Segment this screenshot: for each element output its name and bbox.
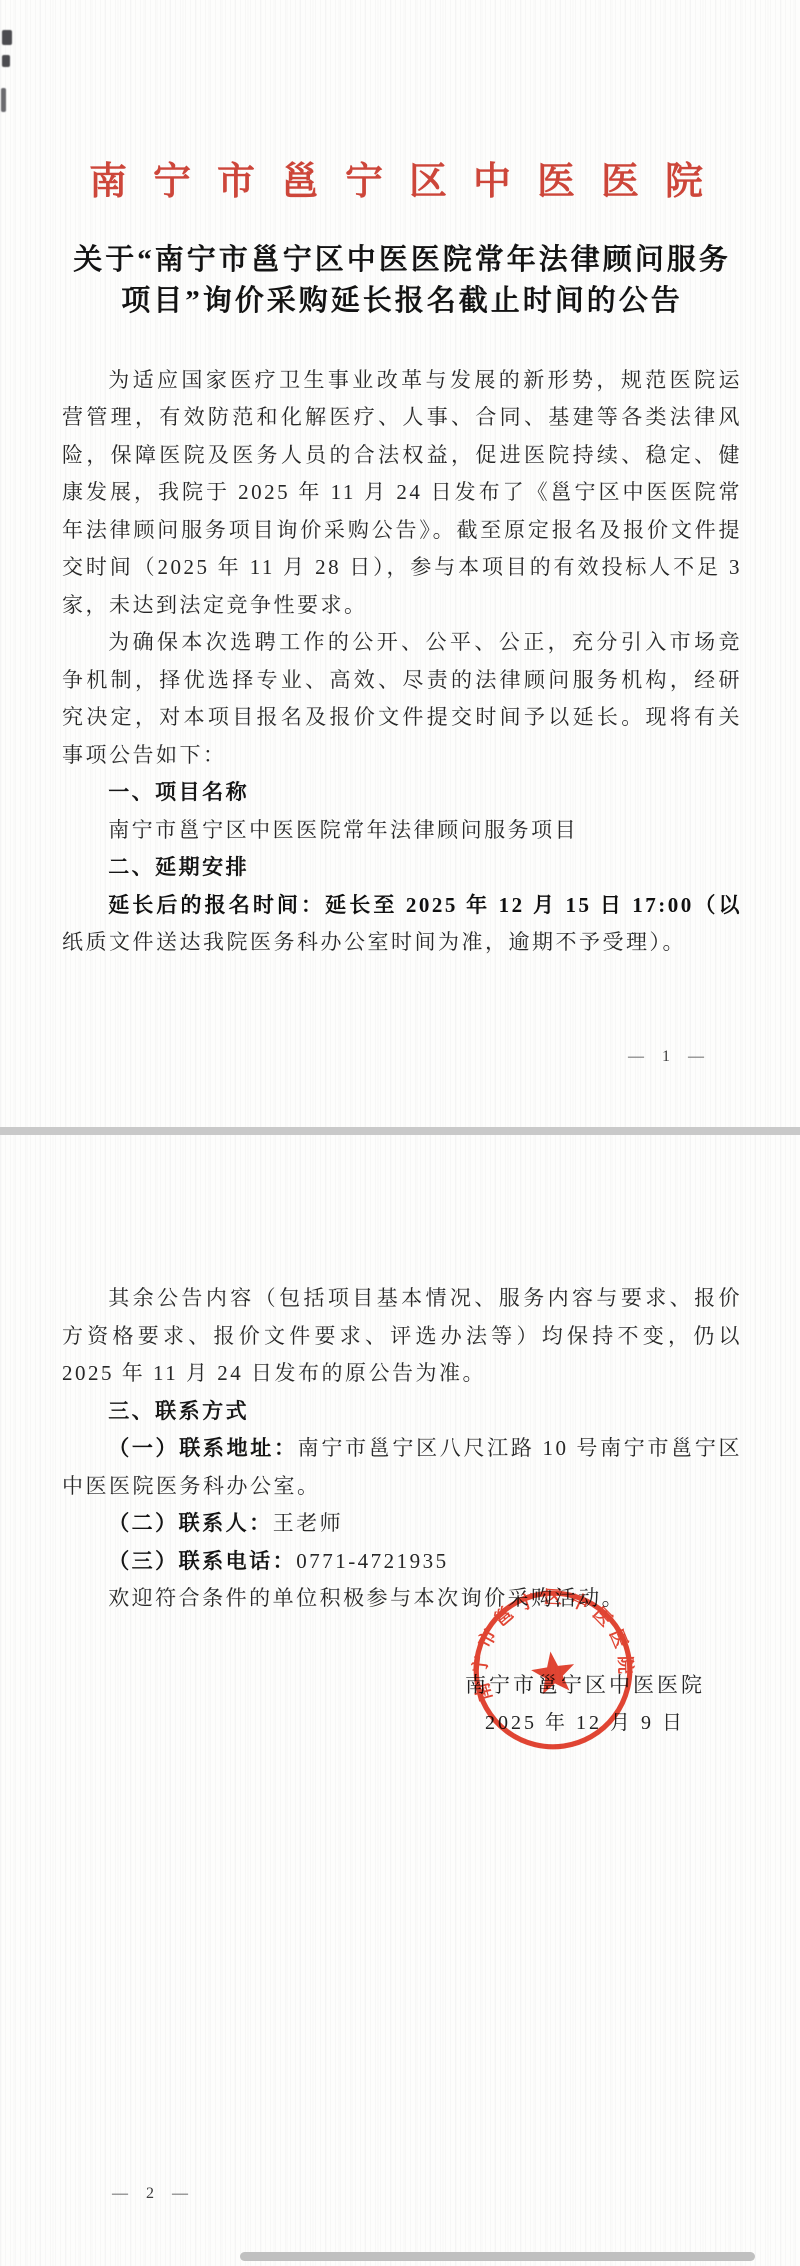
deadline-rest-text: 纸质文件送达我院医务科办公室时间为准，逾期不予受理）。 — [62, 930, 686, 954]
contact-person-label: （二）联系人： — [108, 1512, 273, 1535]
page-number-2: — 2 — — [112, 2185, 195, 2203]
contact-phone-label: （三）联系电话： — [108, 1550, 296, 1573]
horizontal-scrollbar-thumb[interactable] — [240, 2252, 755, 2261]
contact-address-label: （一）联系地址： — [108, 1437, 297, 1460]
scanned-notice-document: 南宁市邕宁区中医医院 关于“南宁市邕宁区中医医院常年法律顾问服务项目”询价采购延… — [0, 0, 800, 2266]
seal-star-icon — [529, 1648, 578, 1695]
page-1: 南宁市邕宁区中医医院 关于“南宁市邕宁区中医医院常年法律顾问服务项目”询价采购延… — [0, 0, 800, 1127]
page-number-1: — 1 — — [628, 1048, 711, 1066]
section-1-heading: 一、项目名称 — [62, 774, 742, 812]
section-3-heading: 三、联系方式 — [62, 1393, 742, 1431]
contact-person-value: 王老师 — [273, 1511, 344, 1535]
paragraph-background: 为适应国家医疗卫生事业改革与发展的新形势，规范医院运营管理，有效防范和化解医疗、… — [62, 362, 742, 625]
section-2-deadline: 延长后的报名时间：延长至 2025 年 12 月 15 日 17:00（以纸质文… — [62, 887, 742, 962]
deadline-bold-text: 延长后的报名时间：延长至 2025 年 12 月 15 日 17:00（以 — [108, 893, 742, 917]
contact-person-line: （二）联系人：王老师 — [62, 1505, 742, 1543]
contact-phone-value: 0771-4721935 — [296, 1549, 449, 1573]
hospital-title: 南宁市邕宁区中医医院 — [76, 160, 742, 206]
contact-phone-line: （三）联系电话：0771-4721935 — [62, 1543, 742, 1581]
official-seal-stamp: 南宁市邕宁区中医医院 — [459, 1576, 646, 1763]
page-separator — [0, 1127, 800, 1135]
contact-address-line: （一）联系地址：南宁市邕宁区八尺江路 10 号南宁市邕宁区中医医院医务科办公室。 — [62, 1430, 742, 1505]
page-2: 其余公告内容（包括项目基本情况、服务内容与要求、报价方资格要求、报价文件要求、评… — [0, 1135, 800, 2266]
notice-title: 关于“南宁市邕宁区中医医院常年法律顾问服务项目”询价采购延长报名截止时间的公告 — [72, 240, 732, 322]
paragraph-extension-reason: 为确保本次选聘工作的公开、公平、公正，充分引入市场竞争机制，择优选择专业、高效、… — [62, 624, 742, 774]
section-1-project-name: 南宁市邕宁区中医医院常年法律顾问服务项目 — [62, 812, 742, 850]
paragraph-unchanged-content: 其余公告内容（包括项目基本情况、服务内容与要求、报价方资格要求、报价文件要求、评… — [62, 1280, 742, 1393]
section-2-heading: 二、延期安排 — [62, 849, 742, 887]
closing-line: 欢迎符合条件的单位积极参与本次询价采购活动。 — [62, 1580, 742, 1618]
